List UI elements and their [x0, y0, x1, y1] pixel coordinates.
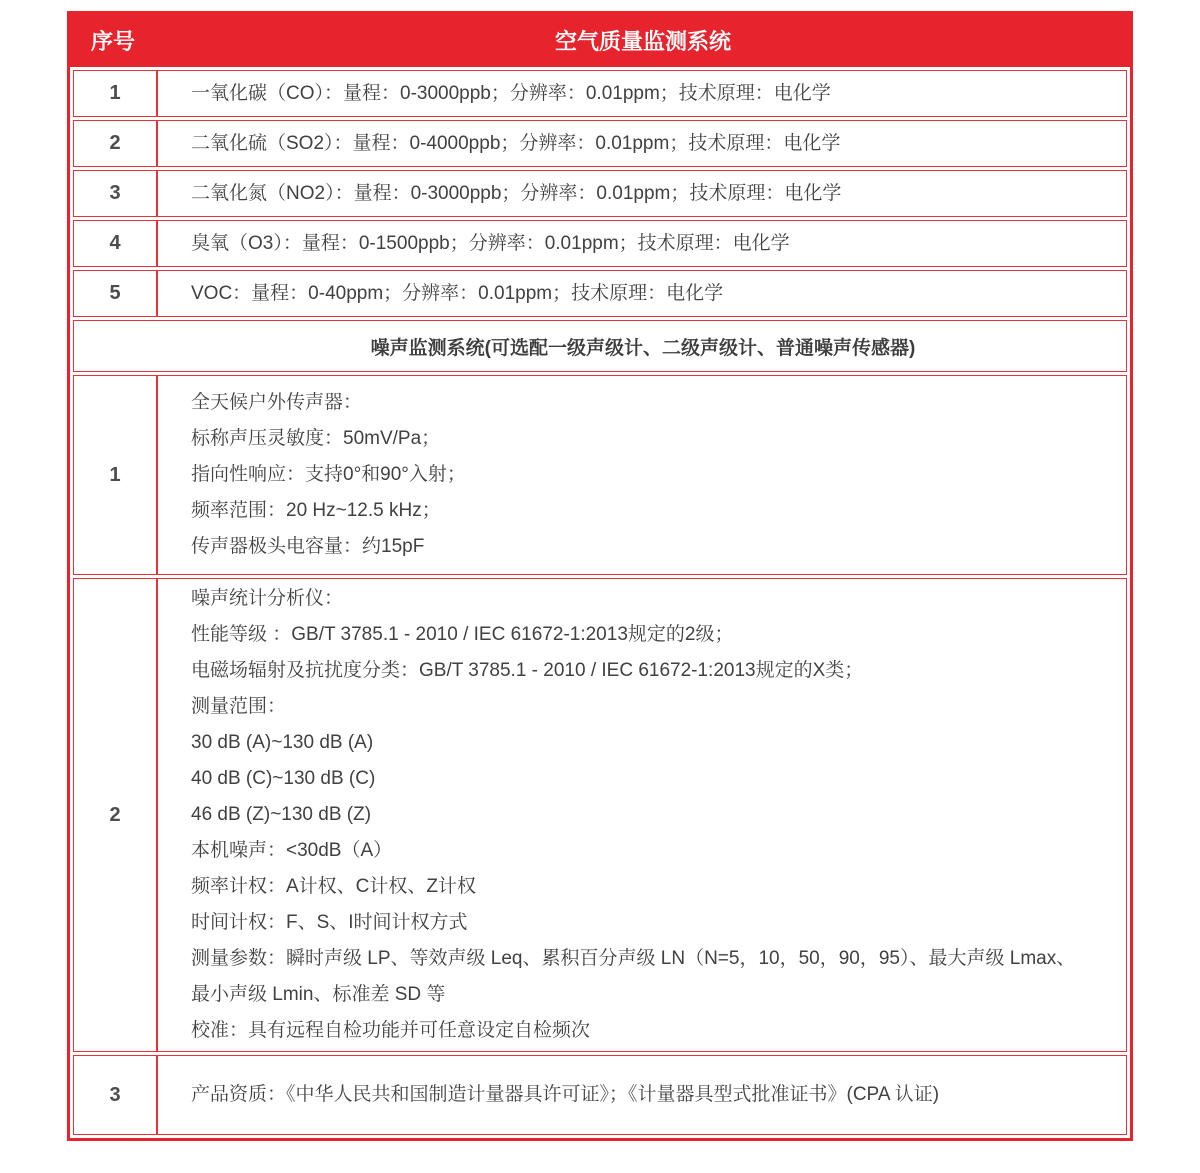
table-row-noise-2: 2 噪声统计分析仪： 性能等级 ：GB/T 3785.1 - 2010 / IE… [73, 578, 1127, 1052]
row-number: 1 [74, 71, 158, 116]
row-spec-text: 二氧化氮（NO2）：量程：0-3000ppb；分辨率：0.01ppm；技术原理：… [158, 171, 1126, 216]
header-index-label: 序号 [70, 25, 156, 56]
table-row-air-1: 1 一氧化碳（CO）：量程：0-3000ppb；分辨率：0.01ppm；技术原理… [73, 70, 1127, 117]
table-row-air-2: 2 二氧化硫（SO2）：量程：0-4000ppb；分辨率：0.01ppm；技术原… [73, 120, 1127, 167]
spec-table: 序号 空气质量监测系统 1 一氧化碳（CO）：量程：0-3000ppb；分辨率：… [67, 11, 1133, 1141]
row-spec-text: VOC：量程：0-40ppm；分辨率：0.01ppm；技术原理：电化学 [158, 271, 1126, 316]
row-spec-text: 全天候户外传声器： 标称声压灵敏度：50mV/Pa； 指向性响应：支持0°和90… [158, 376, 1126, 574]
row-number: 4 [74, 221, 158, 266]
row-number: 3 [74, 1056, 158, 1134]
table-header-row: 序号 空气质量监测系统 [70, 14, 1130, 67]
row-spec-text: 产品资质：《中华人民共和国制造计量器具许可证》；《计量器具型式批准证书》(CPA… [158, 1056, 1126, 1134]
table-row-air-3: 3 二氧化氮（NO2）：量程：0-3000ppb；分辨率：0.01ppm；技术原… [73, 170, 1127, 217]
row-number: 2 [74, 579, 158, 1051]
header-title: 空气质量监测系统 [156, 25, 1130, 56]
table-row-noise-1: 1 全天候户外传声器： 标称声压灵敏度：50mV/Pa； 指向性响应：支持0°和… [73, 375, 1127, 575]
row-spec-text: 一氧化碳（CO）：量程：0-3000ppb；分辨率：0.01ppm；技术原理：电… [158, 71, 1126, 116]
page: 序号 空气质量监测系统 1 一氧化碳（CO）：量程：0-3000ppb；分辨率：… [0, 0, 1200, 1173]
row-spec-text: 二氧化硫（SO2）：量程：0-4000ppb；分辨率：0.01ppm；技术原理：… [158, 121, 1126, 166]
row-number: 1 [74, 376, 158, 574]
noise-section-header-row: 噪声监测系统(可选配一级声级计、二级声级计、普通噪声传感器) [73, 320, 1127, 372]
row-number: 5 [74, 271, 158, 316]
row-number: 3 [74, 171, 158, 216]
table-row-air-5: 5 VOC：量程：0-40ppm；分辨率：0.01ppm；技术原理：电化学 [73, 270, 1127, 317]
row-spec-text: 臭氧（O3）：量程：0-1500ppb；分辨率：0.01ppm；技术原理：电化学 [158, 221, 1126, 266]
row-spec-text: 噪声统计分析仪： 性能等级 ：GB/T 3785.1 - 2010 / IEC … [158, 579, 1126, 1051]
table-row-noise-3: 3 产品资质：《中华人民共和国制造计量器具许可证》；《计量器具型式批准证书》(C… [73, 1055, 1127, 1135]
row-number: 2 [74, 121, 158, 166]
table-row-air-4: 4 臭氧（O3）：量程：0-1500ppb；分辨率：0.01ppm；技术原理：电… [73, 220, 1127, 267]
noise-section-title: 噪声监测系统(可选配一级声级计、二级声级计、普通噪声传感器) [371, 333, 916, 360]
